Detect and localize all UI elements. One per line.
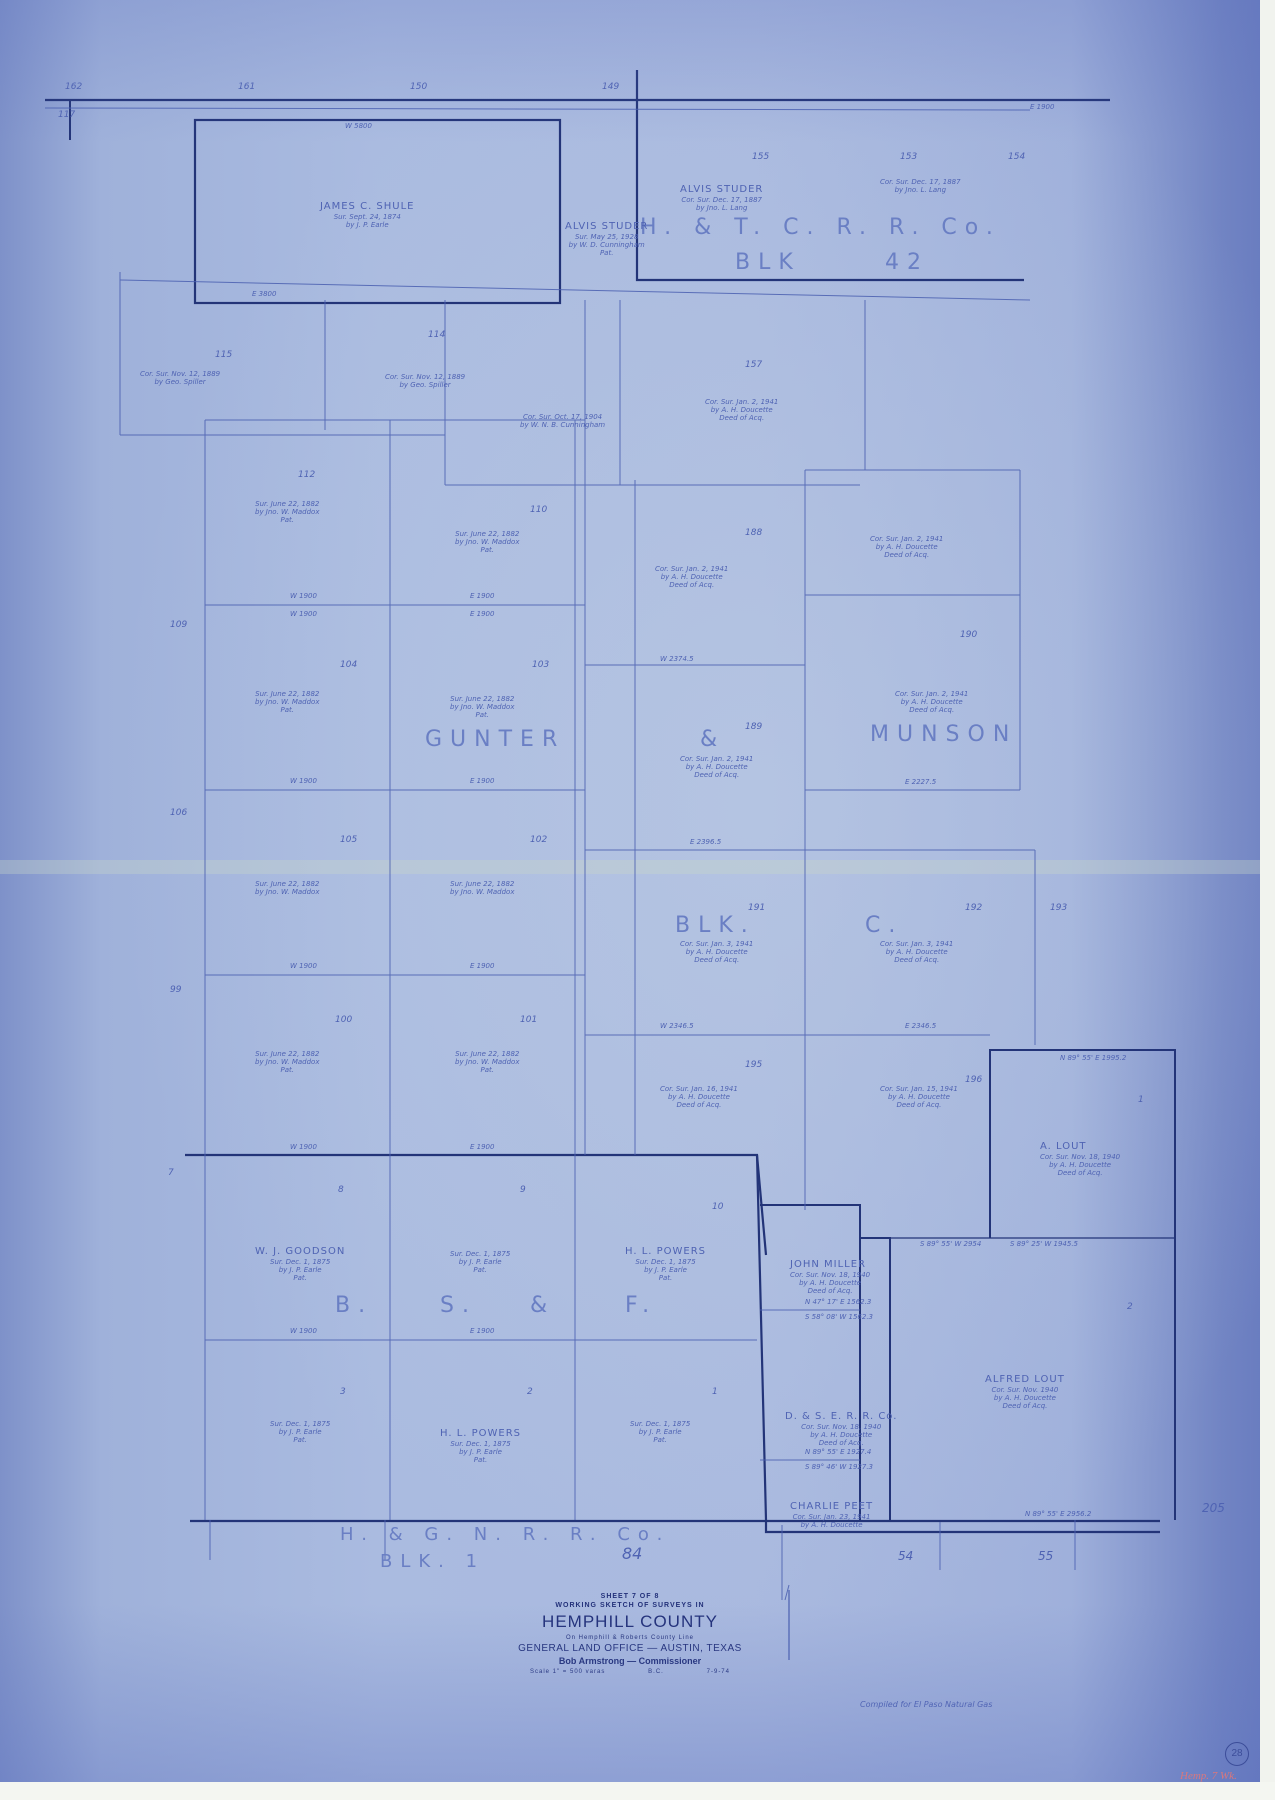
survey-195: Cor. Sur. Jan. 16, 1941by A. H. Doucette… <box>660 1085 738 1109</box>
bearing-e1900-e: E 1900 <box>470 1143 494 1151</box>
section-104: 104 <box>340 660 357 670</box>
section-99: 99 <box>170 985 181 995</box>
survey-102: Sur. June 22, 1882by Jno. W. Maddox <box>450 880 515 896</box>
survey-192: Cor. Sur. Jan. 3, 1941by A. H. DoucetteD… <box>880 940 953 964</box>
hgn-rr-label: H. & G. N. R. R. Co. <box>340 1525 670 1546</box>
sheet-number: SHEET 7 OF 8 <box>500 1592 760 1601</box>
survey-studer-1: ALVIS STUDERSur. May 25, 1928by W. D. Cu… <box>565 215 648 258</box>
survey-powers-10: H. L. POWERSSur. Dec. 1, 1875by J. P. Ea… <box>625 1240 706 1283</box>
survey-lines <box>0 0 1260 1782</box>
bearing-e2227: E 2227.5 <box>905 778 936 786</box>
bearing-e1900-a: E 1900 <box>470 592 494 600</box>
section-55: 55 <box>1038 1550 1053 1564</box>
section-101: 101 <box>520 1015 537 1025</box>
section-205: 205 <box>1202 1502 1225 1516</box>
section-110: 110 <box>530 505 547 515</box>
bearing-e1900-c: E 1900 <box>470 777 494 785</box>
survey-9: Sur. Dec. 1, 1875by J. P. EarlePat. <box>450 1250 510 1274</box>
section-109: 109 <box>170 620 187 630</box>
survey-112: Sur. June 22, 1882by Jno. W. MaddoxPat. <box>255 500 320 524</box>
section-153: 153 <box>900 152 917 162</box>
section-105: 105 <box>340 835 357 845</box>
survey-153: Cor. Sur. Dec. 17, 1887by Jno. L. Lang <box>880 178 961 194</box>
survey-goodson: W. J. GOODSONSur. Dec. 1, 1875by J. P. E… <box>255 1240 345 1283</box>
blueprint-sheet: H. & T. C. R. R. Co. BLK 42 GUNTER & MUN… <box>0 0 1260 1782</box>
section-115: 115 <box>215 350 232 360</box>
section-112: 112 <box>298 470 315 480</box>
survey-3: Sur. Dec. 1, 1875by J. P. EarlePat. <box>270 1420 330 1444</box>
section-8: 8 <box>338 1185 344 1195</box>
title-block: SHEET 7 OF 8 WORKING SKETCH OF SURVEYS I… <box>500 1592 760 1676</box>
section-150: 150 <box>410 82 427 92</box>
survey-shule: JAMES C. SHULESur. Sept. 24, 1874by J. P… <box>320 195 415 229</box>
sketch-subtitle: WORKING SKETCH OF SURVEYS IN <box>500 1601 760 1610</box>
section-192: 192 <box>965 903 982 913</box>
bsf-f-label: F. <box>625 1293 657 1318</box>
bearing-w1900-d: W 1900 <box>290 962 317 970</box>
bearing-w2374: W 2374.5 <box>660 655 694 663</box>
section-161: 161 <box>238 82 255 92</box>
section-2-alfred: 2 <box>1127 1302 1133 1312</box>
bearing-w5800: W 5800 <box>345 122 372 130</box>
section-196: 196 <box>965 1075 982 1085</box>
date-label: 7-9-74 <box>707 1668 730 1676</box>
red-annotation: Hemp. 7 Wk. <box>1180 1770 1237 1782</box>
section-10: 10 <box>712 1202 723 1212</box>
bearing-w2346: W 2346.5 <box>660 1022 694 1030</box>
bearing-miller-1: N 47° 17' E 1562.3 <box>805 1298 871 1306</box>
blk-c-label: C. <box>865 913 903 938</box>
bsf-s-label: S. <box>440 1293 477 1318</box>
ampersand-label: & <box>700 727 725 752</box>
section-1-lout: 1 <box>1138 1095 1144 1105</box>
blk-label: BLK <box>735 250 801 275</box>
survey-104: Sur. June 22, 1882by Jno. W. MaddoxPat. <box>255 690 320 714</box>
initials-label: B.C. <box>648 1668 664 1676</box>
survey-114: Cor. Sur. Nov. 12, 1889by Geo. Spiller <box>385 373 465 389</box>
survey-111: Sur. June 22, 1882by Jno. W. MaddoxPat. <box>455 530 520 554</box>
compiled-note: Compiled for El Paso Natural Gas <box>860 1700 992 1709</box>
section-188: 188 <box>745 528 762 538</box>
section-190: 190 <box>960 630 977 640</box>
section-155: 155 <box>752 152 769 162</box>
section-117: 117 <box>58 110 75 120</box>
bearing-e2396: E 2396.5 <box>690 838 721 846</box>
survey-a-lout: A. LOUTCor. Sur. Nov. 18, 1940by A. H. D… <box>1040 1135 1120 1178</box>
hgn-blk-label: BLK. 1 <box>380 1552 485 1573</box>
survey-dser: D. & S. E. R. R. Co.Cor. Sur. Nov. 18, 1… <box>785 1405 897 1448</box>
htc-rr-label: H. & T. C. R. R. Co. <box>640 215 1001 240</box>
munson-label: MUNSON <box>870 722 1017 747</box>
section-7: 7 <box>168 1168 174 1178</box>
scale-row: Scale 1" = 500 varas B.C. 7-9-74 <box>500 1668 760 1676</box>
section-9: 9 <box>520 1185 526 1195</box>
county-line-note: On Hemphill & Roberts County Line <box>500 1634 760 1642</box>
survey-190: Cor. Sur. Jan. 2, 1941by A. H. DoucetteD… <box>895 690 968 714</box>
section-1: 1 <box>712 1387 718 1397</box>
county-title: HEMPHILL COUNTY <box>500 1611 760 1634</box>
bearing-w1900-c: W 1900 <box>290 777 317 785</box>
survey-191: Cor. Sur. Jan. 3, 1941by A. H. DoucetteD… <box>680 940 753 964</box>
bsf-b-label: B. <box>335 1293 373 1318</box>
survey-105: Sur. June 22, 1882by Jno. W. Maddox <box>255 880 320 896</box>
bearing-peet-2: S 89° 46' W 1927.3 <box>805 1463 873 1471</box>
section-103: 103 <box>532 660 549 670</box>
survey-196: Cor. Sur. Jan. 15, 1941by A. H. Doucette… <box>880 1085 958 1109</box>
section-149: 149 <box>602 82 619 92</box>
bearing-w1900-b: W 1900 <box>290 610 317 618</box>
survey-1: Sur. Dec. 1, 1875by J. P. EarlePat. <box>630 1420 690 1444</box>
section-162: 162 <box>65 82 82 92</box>
section-114: 114 <box>428 330 445 340</box>
bearing-w1900-a: W 1900 <box>290 592 317 600</box>
section-154: 154 <box>1008 152 1025 162</box>
office-label: GENERAL LAND OFFICE — AUSTIN, TEXAS <box>500 1642 760 1656</box>
survey-187: Cor. Sur. Jan. 2, 1941by A. H. DoucetteD… <box>705 398 778 422</box>
bearing-e1900-d: E 1900 <box>470 962 494 970</box>
bearing-w1900-e: W 1900 <box>290 1143 317 1151</box>
section-195: 195 <box>745 1060 762 1070</box>
survey-powers-2: H. L. POWERSSur. Dec. 1, 1875by J. P. Ea… <box>440 1422 521 1465</box>
survey-alfred-lout: ALFRED LOUTCor. Sur. Nov. 1940by A. H. D… <box>985 1368 1065 1411</box>
survey-189: Cor. Sur. Jan. 2, 1941by A. H. DoucetteD… <box>870 535 943 559</box>
bsf-amp-label: & <box>530 1293 555 1318</box>
bearing-miller-2: S 58° 08' W 1562.3 <box>805 1313 873 1321</box>
section-102: 102 <box>530 835 547 845</box>
section-3: 3 <box>340 1387 346 1397</box>
gunter-label: GUNTER <box>425 727 565 752</box>
section-100: 100 <box>335 1015 352 1025</box>
section-193: 193 <box>1050 903 1067 913</box>
blk-c-blk-label: BLK. <box>675 913 756 938</box>
bearing-w1900-f: W 1900 <box>290 1327 317 1335</box>
survey-159: Cor. Sur. Jan. 2, 1941by A. H. DoucetteD… <box>680 755 753 779</box>
section-189: 189 <box>745 722 762 732</box>
survey-charlie-peet: CHARLIE PEETCor. Sur. Jan. 23, 1941by A.… <box>790 1495 873 1529</box>
commissioner-label: Bob Armstrong — Commissioner <box>500 1655 760 1667</box>
section-191: 191 <box>748 903 765 913</box>
bearing-peet-1: N 89° 55' E 1927.4 <box>805 1448 871 1456</box>
scale-label: Scale 1" = 500 varas <box>530 1668 605 1676</box>
survey-john-miller: JOHN MILLERCor. Sur. Nov. 18, 1940by A. … <box>790 1253 870 1296</box>
section-54: 54 <box>898 1550 913 1564</box>
section-106: 106 <box>170 808 187 818</box>
survey-101: Sur. June 22, 1882by Jno. W. MaddoxPat. <box>455 1050 520 1074</box>
section-157: 157 <box>745 360 762 370</box>
survey-113: Cor. Sur. Oct. 17, 1904by W. N. B. Cunni… <box>520 413 605 429</box>
survey-100: Sur. June 22, 1882by Jno. W. MaddoxPat. <box>255 1050 320 1074</box>
sheet-stamp: 28 <box>1225 1742 1249 1766</box>
section-2: 2 <box>527 1387 533 1397</box>
bearing-e2346: E 2346.5 <box>905 1022 936 1030</box>
survey-studer-2: ALVIS STUDERCor. Sur. Dec. 17, 1887by Jn… <box>680 178 763 212</box>
blk-42-label: 42 <box>885 250 929 275</box>
paper-margin <box>0 1782 1275 1800</box>
survey-103: Sur. June 22, 1882by Jno. W. MaddoxPat. <box>450 695 515 719</box>
section-84: 84 <box>622 1545 642 1563</box>
bearing-bottom: N 89° 55' E 2956.2 <box>1025 1510 1091 1518</box>
bearing-lout: N 89° 55' E 1995.2 <box>1060 1054 1126 1062</box>
bearing-e1900-b: E 1900 <box>470 610 494 618</box>
bearing-e1900-f: E 1900 <box>470 1327 494 1335</box>
bearing-s8925: S 89° 25' W 1945.5 <box>1010 1240 1078 1248</box>
survey-188: Cor. Sur. Jan. 2, 1941by A. H. DoucetteD… <box>655 565 728 589</box>
fold-crease <box>0 860 1260 874</box>
survey-115: Cor. Sur. Nov. 12, 1889by Geo. Spiller <box>140 370 220 386</box>
bearing-e1900-top: E 1900 <box>1030 103 1054 111</box>
bearing-s8955: S 89° 55' W 2954 <box>920 1240 981 1248</box>
bearing-e3800: E 3800 <box>252 290 276 298</box>
